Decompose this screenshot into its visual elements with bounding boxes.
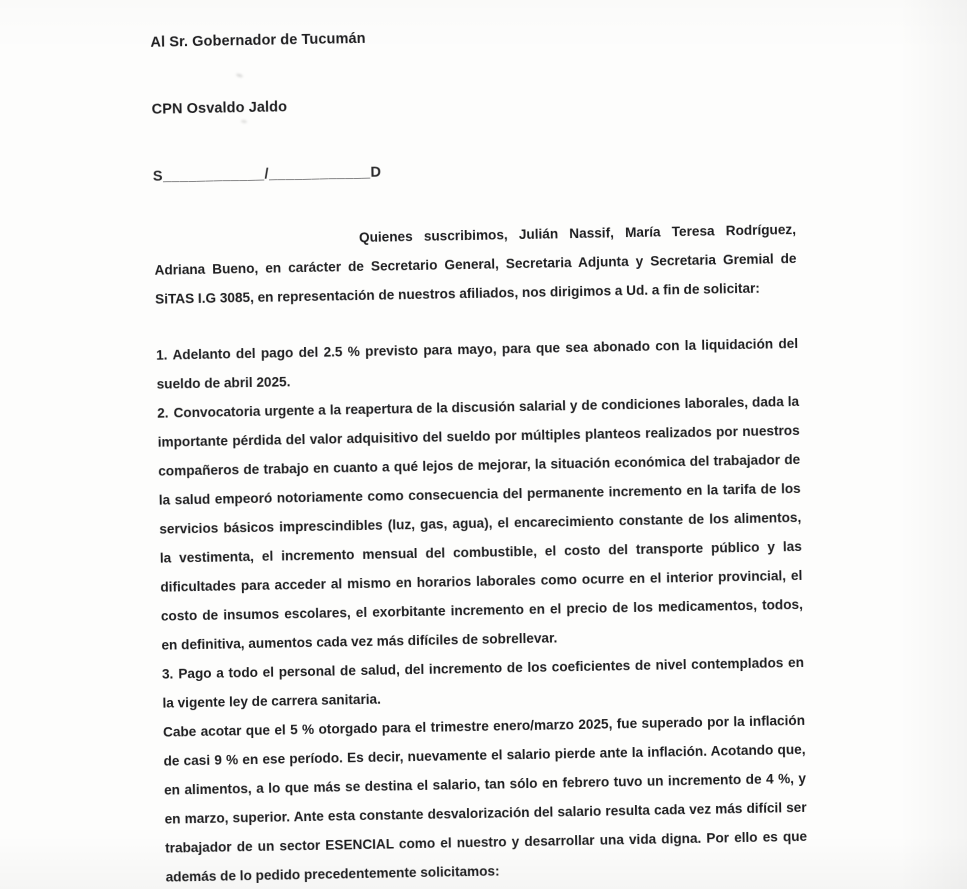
letter-body: Al Sr. Gobernador de Tucumán CPN Osvaldo…: [150, 13, 808, 889]
item-2-number: 2.: [157, 406, 169, 421]
item-1-text: Adelanto del pago del 2.5 % previsto par…: [157, 336, 799, 392]
item-3-text: Pago a todo el personal de salud, del in…: [162, 655, 804, 711]
item-2-text: Convocatoria urgente a la reapertura de …: [158, 394, 803, 653]
intro-paragraph: Quienes suscribimos, Julián Nassif, Marí…: [154, 215, 797, 314]
item-1-number: 1.: [156, 348, 168, 363]
item-3-number: 3.: [162, 666, 174, 681]
scanned-letter-page: Al Sr. Gobernador de Tucumán CPN Osvaldo…: [0, 0, 967, 889]
request-item-2: 2.Convocatoria urgente a la reapertura d…: [157, 387, 804, 660]
closing-paragraph: Cabe acotar que el 5 % otorgado para el …: [163, 706, 808, 889]
recipient-title: Al Sr. Gobernador de Tucumán: [150, 21, 792, 53]
salutation-line: S____________/____________D: [153, 155, 795, 187]
recipient-name: CPN Osvaldo Jaldo: [151, 88, 793, 120]
